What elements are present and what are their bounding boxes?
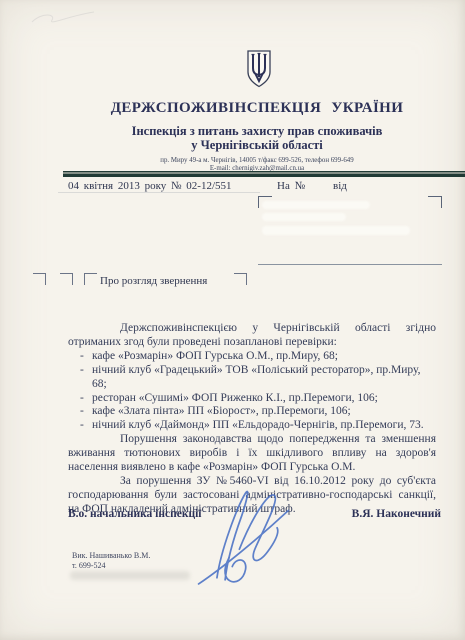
org-subtitle-line1: Інспекція з питань захисту прав споживач…: [50, 124, 464, 139]
addressee-underline: [258, 264, 442, 265]
form-corner-mark: [234, 273, 247, 285]
handwritten-signature: [186, 486, 304, 588]
scanned-letter-page: ДЕРЖСПОЖИВІНСПЕКЦІЯ УКРАЇНИ Інспекція з …: [0, 0, 465, 640]
inspection-list-item: нічний клуб «Даймонд» ПП «Ельдорадо-Черн…: [68, 419, 436, 433]
redacted-addressee-line: [262, 213, 346, 221]
signer-position-title: В.о. начальника інспекції: [68, 508, 201, 520]
form-corner-mark: [84, 273, 97, 285]
body-paragraph-1: Держспоживінспекцією у Чернігівській обл…: [68, 322, 436, 350]
org-name: ДЕРЖСПОЖИВІНСПЕКЦІЯ УКРАЇНИ: [50, 100, 464, 117]
reply-from-date-label: від: [333, 180, 347, 192]
form-corner-mark: [33, 273, 46, 285]
inspection-list-item: нічний клуб «Градецький» ТОВ «Поліський …: [68, 364, 436, 392]
signer-name: В.Я. Наконечний: [352, 508, 441, 520]
body-paragraph-2: Порушення законодавства щодо попередженн…: [68, 433, 436, 475]
letterhead-divider-bar: [63, 171, 465, 177]
executor-phone: т. 699-524: [72, 561, 106, 570]
date-row-underline: [58, 192, 260, 193]
addressee-corner-mark: [428, 196, 442, 208]
org-subtitle-line2: у Чернігівській області: [50, 138, 464, 153]
redacted-addressee-line: [262, 201, 370, 209]
pencil-scan-artifact: [28, 4, 98, 30]
erased-smudge-artifact: [70, 571, 190, 580]
executor-name: Вик. Нашиванько В.М.: [72, 551, 150, 560]
redacted-addressee-line: [262, 226, 410, 235]
form-corner-mark: [60, 273, 73, 285]
inspection-list-item: кафе «Розмарін» ФОП Гурська О.М., пр.Мир…: [68, 350, 436, 364]
inspection-list-item: ресторан «Сушимі» ФОП Риженко К.І., пр.П…: [68, 392, 436, 406]
outgoing-date-number: 04 квітня 2013 року № 02-12/551: [68, 180, 232, 192]
trident-emblem-icon: [246, 49, 272, 89]
reply-to-number-label: На №: [277, 180, 305, 192]
inspection-list-item: кафе «Злата пінта» ПП «Біорост», пр.Пере…: [68, 405, 436, 419]
subject-line: Про розгляд звернення: [100, 275, 207, 287]
org-address: пр. Миру 49-а м. Чернігів, 14005 т/факс …: [50, 157, 464, 164]
